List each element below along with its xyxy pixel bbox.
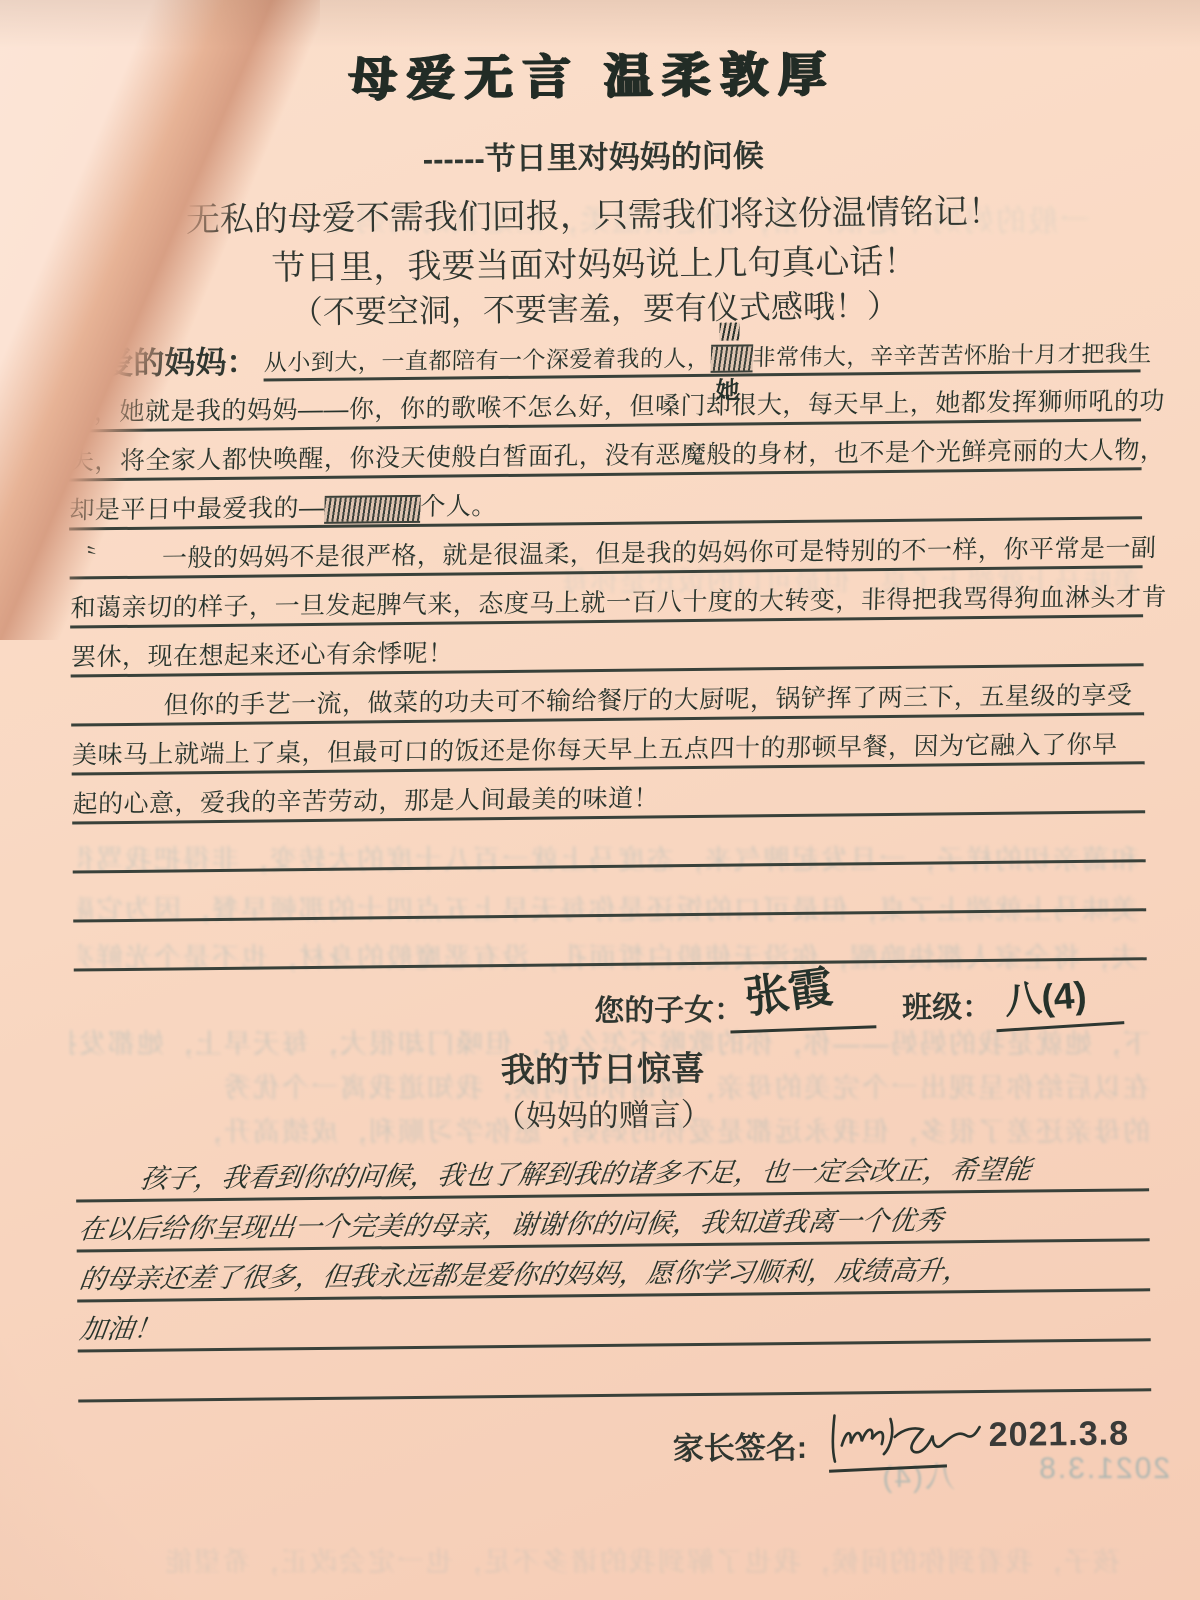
class-value-handwritten: 八(4) <box>1002 964 1088 1024</box>
parent-signature <box>824 1398 985 1476</box>
scribble-overwrite <box>324 495 421 524</box>
letter-line-4-post: 个人。 <box>420 492 497 521</box>
worksheet-page: 一般的妈妈不是很严格，就是很温柔，但是我的妈妈你可是特别的不一样，你平常是一副 … <box>0 0 1200 1600</box>
letter-line-1-post: 非常伟大，辛辛苦苦怀胎十月才把我生 <box>752 340 1152 370</box>
class-label: 班级： <box>902 982 992 1027</box>
letter-line-4: 却是平日中最爱我的—个人。 <box>69 486 497 526</box>
mother-line-2: 在以后给你呈现出一个完美的母亲，谢谢你的问候，我知道我离一个优秀 <box>77 1198 946 1246</box>
date-text: 2021.3.8 <box>988 1414 1129 1454</box>
letter-line-1-pre: 从小到大，一直都陪有一个深爱着我的人， <box>264 345 711 376</box>
child-name-handwritten: 张霞 <box>740 951 836 1026</box>
child-label: 您的子女： <box>594 985 744 1031</box>
letter-line-4-pre: 却是平日中最爱我的— <box>69 494 325 525</box>
page-subtitle: ------节日里对妈妈的问候 <box>0 126 1193 184</box>
empty-ruled-line <box>78 1338 1151 1402</box>
mother-line-1: 孩子，我看到你的问候，我也了解到我的诸多不足，也一定会改正，希望能 <box>76 1147 1034 1196</box>
letter-line-7: 罢休，现在想起来还心有余悸呢！ <box>71 634 454 674</box>
salutation-label: 亲爱的妈妈： <box>71 337 257 384</box>
mother-line-4: 加油！ <box>78 1307 164 1347</box>
empty-ruled-line <box>73 908 1146 971</box>
scribble-overwrite <box>710 344 753 372</box>
scribble-overwrite <box>719 323 739 341</box>
scribble-wrap: 她 <box>710 344 753 372</box>
page-content: 母爱无言 温柔敦厚 ------节日里对妈妈的问候 无私的母爱不需我们回报，只需… <box>0 0 1200 1600</box>
mother-line-3: 的母亲还差了很多，但我永远都是爱你的妈妈，愿你学习顺利，成绩高升， <box>77 1248 973 1296</box>
letter-line-10: 起的心意，爱我的辛苦劳动，那是人间最美的味道！ <box>72 778 659 820</box>
photo-canvas: 一般的妈妈不是很严格，就是很温柔，但是我的妈妈你可是特别的不一样，你平常是一副 … <box>0 0 1200 1600</box>
signature-label: 家长签名: <box>673 1422 808 1468</box>
name-underline <box>730 1025 876 1033</box>
page-title: 母爱无言 温柔敦厚 <box>0 32 1193 114</box>
